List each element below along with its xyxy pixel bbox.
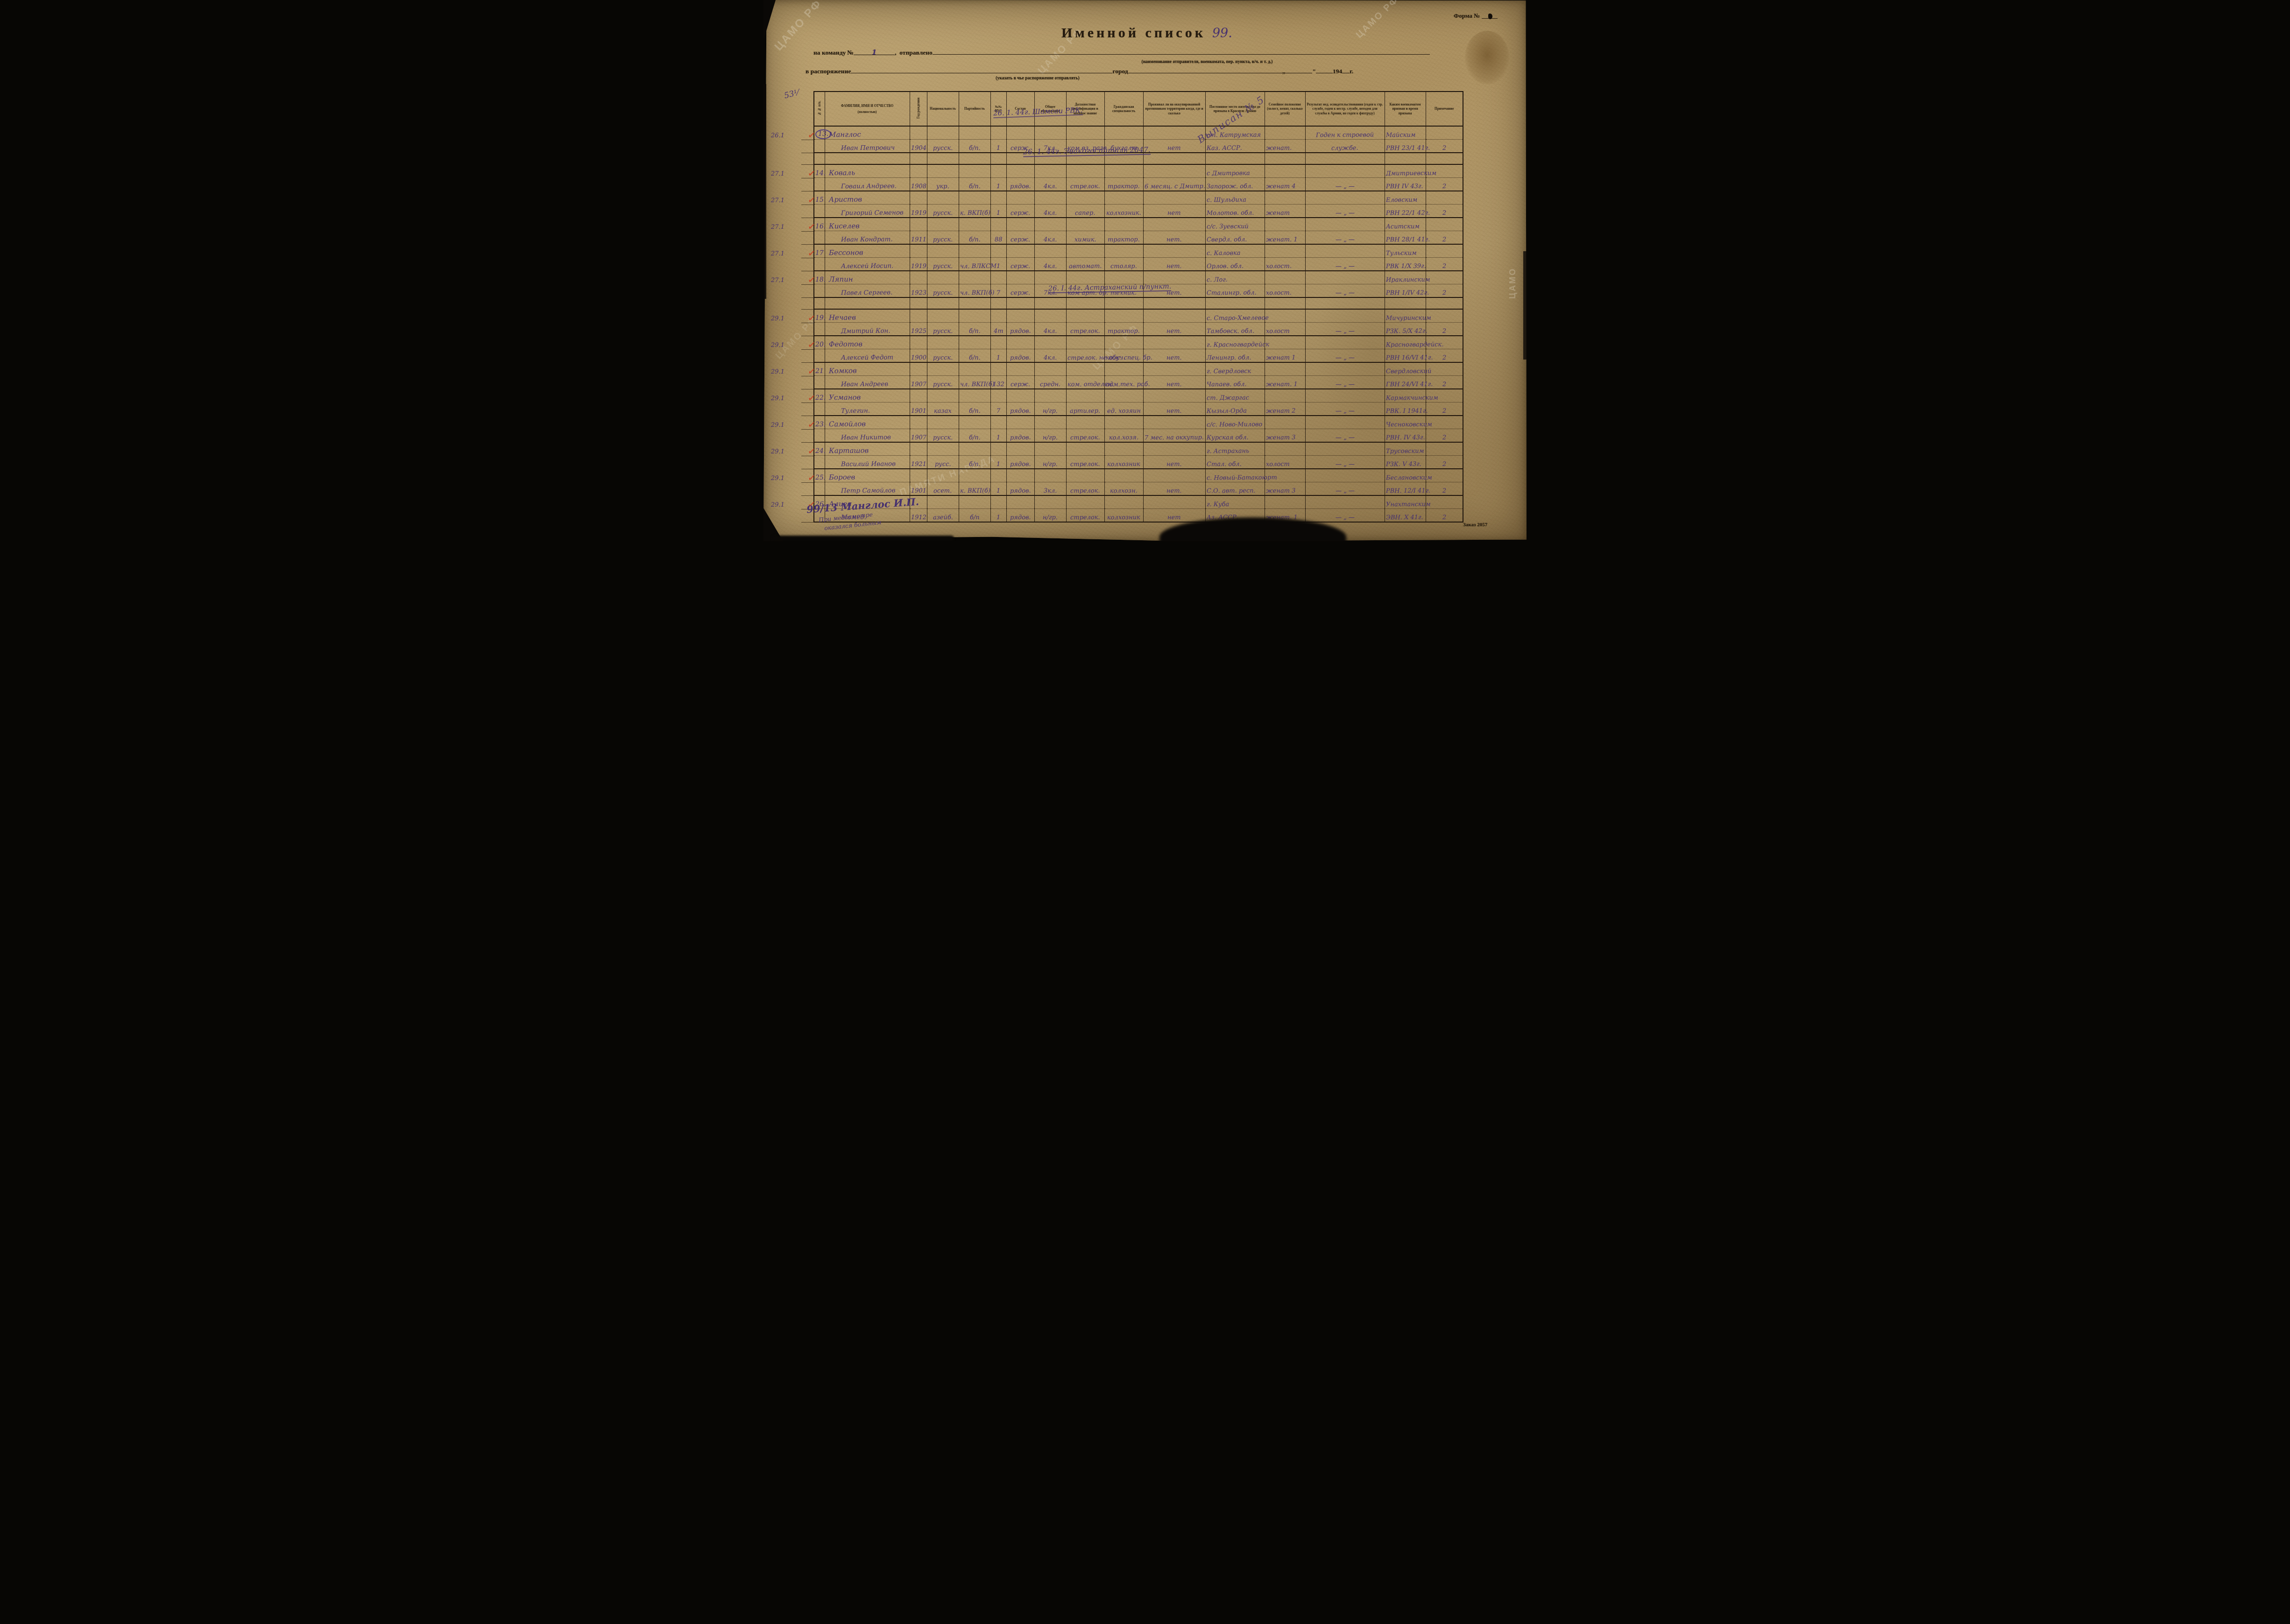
entry-date: 26.1: [771, 132, 785, 139]
military-qualification: стрелок.: [1070, 461, 1100, 468]
residence-settlement: г. Астрахань: [1206, 448, 1249, 455]
family-status: женат. 1: [1265, 236, 1297, 243]
cell: [959, 309, 990, 323]
cell: г. Астрахань: [1205, 442, 1265, 456]
cell: [1265, 164, 1305, 178]
cell: холост: [1265, 456, 1305, 469]
cell: РВК. I 1941г.: [1385, 402, 1426, 416]
cell: стрелок.: [1066, 178, 1104, 191]
residence-region: Ленингр. обл.: [1206, 354, 1251, 362]
entry-23-line2: Иван Никитов1907русск.б/п.1рядов.н/гр.ст…: [767, 429, 1463, 443]
cell: [814, 429, 825, 443]
call-up-date: РВК. I 1941г.: [1385, 408, 1428, 415]
cell: 1900: [910, 349, 927, 363]
residence-settlement: г. Куба: [1206, 501, 1229, 508]
margin-wrap: 29.1✓: [768, 421, 813, 429]
cell: трактор.: [1104, 178, 1143, 191]
cell: 24.: [814, 442, 825, 456]
cell: [990, 362, 1006, 376]
residence-settlement: с. Старо-Хмелевое: [1206, 315, 1268, 322]
entry-25-line1: 29.1✓25.Бороевс. Новый-БатакоюртБесланов…: [767, 469, 1463, 482]
cell: [1034, 495, 1066, 509]
cell: 7: [990, 402, 1006, 416]
party-status: чл. ВКП(б): [960, 289, 994, 297]
cell: [990, 271, 1006, 284]
cell: [814, 349, 825, 363]
cell: 2: [1426, 323, 1463, 336]
cell: 1: [990, 205, 1006, 218]
cell: чл. ВКП(б): [959, 284, 990, 298]
entry-20-line1: 29.1✓20.Федотовг. КрасногвардейскКрасног…: [767, 336, 1463, 349]
rank-group: рядов.: [1010, 461, 1031, 468]
cell: Говаил Андреев.: [825, 178, 910, 191]
cell: [1143, 336, 1205, 349]
cell: РВН 1/IV 42г.: [1385, 284, 1426, 298]
col-header-medical: Результат мед. освидетельствования (годе…: [1305, 92, 1385, 126]
cell: [767, 482, 814, 496]
entry-18-line1: 27.1✓18.Ляпинс. Лог.Ираклинским: [767, 271, 1463, 284]
cell: [959, 164, 990, 178]
birth-year: 1901: [911, 487, 926, 494]
cell: [1265, 297, 1305, 309]
cell: Ляпин: [825, 271, 910, 284]
cell: 1: [990, 482, 1006, 496]
cell: [814, 153, 825, 164]
call-up-date: ЭВН. X 41г.: [1385, 514, 1423, 522]
family-status: холост.: [1265, 289, 1291, 297]
cell: [1066, 244, 1104, 258]
civil-specialty: техник.: [1110, 289, 1137, 297]
cell: б/п.: [959, 402, 990, 416]
nationality: русс.: [935, 461, 951, 468]
cell: [767, 284, 814, 298]
cell: н/гр.: [1034, 429, 1066, 443]
education: 4кл.: [1044, 328, 1057, 335]
cell: [767, 297, 814, 309]
call-up-date: РВН 23/1 41г.: [1385, 145, 1429, 152]
cell: серж.: [1006, 231, 1034, 245]
cell: 27.1✓: [767, 191, 814, 205]
cell: [990, 442, 1006, 456]
residence-settlement: с. Новый-Батакоюрт: [1206, 474, 1277, 481]
cell: [814, 297, 825, 309]
scan-edge: [772, 536, 954, 541]
cell: ед. хозяин: [1104, 402, 1143, 416]
cell: [927, 126, 959, 140]
cell: 2: [1426, 258, 1463, 271]
cell: 29.1✓: [767, 336, 814, 349]
cell: РВН 16/VI 41г.: [1385, 349, 1426, 363]
cell: 26.1✓: [767, 126, 814, 140]
cell: [1426, 126, 1463, 140]
cell: [1143, 389, 1205, 402]
military-qualification: стрелок.: [1070, 487, 1100, 494]
cell: Орлов. обл.: [1205, 258, 1265, 271]
cell: г. Куба: [1205, 495, 1265, 509]
cell: нет.: [1143, 231, 1205, 245]
vus-number: 88: [995, 236, 1003, 243]
cell: [1104, 164, 1143, 178]
cell: рядов.: [1006, 349, 1034, 363]
cell: [927, 389, 959, 402]
document-title: Именной список 99.: [1061, 25, 1232, 41]
cell: стрелок. не обуч.: [1066, 349, 1104, 363]
cell: [767, 231, 814, 245]
cell: [767, 402, 814, 416]
cell: Петр Самойлов: [825, 482, 910, 496]
cell: [1034, 297, 1066, 309]
col-header-nationality: Национальность: [927, 92, 959, 126]
cell: [927, 244, 959, 258]
cell: [767, 258, 814, 271]
cell: [1143, 362, 1205, 376]
entry-23-line1: 29.1✓23.Самойловс/с. Ново-МиловоЧесноков…: [767, 416, 1463, 429]
entry-date: 29.1: [771, 421, 785, 428]
cell: [1104, 126, 1143, 140]
cell: нет.: [1143, 349, 1205, 363]
cell: 29.1✓: [767, 416, 814, 429]
cell: б/п.: [959, 231, 990, 245]
cell: [1143, 126, 1205, 140]
cell: [1006, 191, 1034, 205]
cell: 4т: [990, 323, 1006, 336]
cell: [910, 271, 927, 284]
residence-settlement: с. Лог.: [1206, 276, 1227, 283]
scan-edge: [763, 84, 766, 299]
cell: [1104, 309, 1143, 323]
cell: Сталингр. обл.: [1205, 284, 1265, 298]
nationality: русск.: [933, 289, 953, 297]
residence-settlement: с/с. Ново-Милово: [1206, 421, 1262, 429]
family-status: женат 3: [1265, 487, 1295, 494]
col-header-voenkomat: Каким военкоматом призван и время призыв…: [1385, 92, 1426, 126]
cell: сапер.: [1066, 205, 1104, 218]
scanned-document-page: ЦАМО РФ ЦАМО РФ ЦАМО РФ ЦАМО РФ ЦАМО ПАМ…: [763, 0, 1527, 541]
cell: 17: [814, 244, 825, 258]
vus-number: 132: [993, 381, 1004, 388]
cell: нет.: [1143, 482, 1205, 496]
cell: рядов.: [1006, 323, 1034, 336]
voenkomat-name: Трусовским: [1385, 448, 1424, 455]
cell: Иван Кондрат.: [825, 231, 910, 245]
military-qualification: артилер.: [1070, 408, 1100, 415]
cell: 7кл.: [1034, 140, 1066, 153]
residence-settlement: г. Красногвардейск: [1206, 341, 1269, 349]
surname: Коваль: [828, 169, 855, 177]
cell: химик.: [1066, 231, 1104, 245]
col-header-sostav: Состав: [1006, 92, 1034, 126]
call-up-date: РЗК. 5/X 42г.: [1385, 328, 1427, 335]
cell: женат 3: [1265, 429, 1305, 443]
cell: [825, 153, 910, 164]
cell: серж.: [1006, 284, 1034, 298]
note-value: 2: [1442, 145, 1446, 152]
cell: [959, 126, 990, 140]
cell: Молотов. обл.: [1205, 205, 1265, 218]
cell: 88: [990, 231, 1006, 245]
cell: 2: [1426, 429, 1463, 443]
na-komandu-label: на команду №: [813, 49, 854, 56]
entry-number: 22.: [815, 394, 826, 402]
cell: [959, 336, 990, 349]
cell: [1066, 153, 1104, 164]
occupied-territory: нет.: [1166, 236, 1182, 243]
cell: 1919: [910, 205, 927, 218]
birth-year: 1901: [911, 408, 926, 415]
cell: РЗК. 5/X 42г.: [1385, 323, 1426, 336]
cell: женат 1: [1265, 349, 1305, 363]
residence-settlement: с/с. Зуевский: [1206, 223, 1248, 231]
medical-result-line2: — „ —: [1335, 354, 1354, 361]
call-up-date: РВН IV 43г.: [1385, 183, 1423, 191]
cell: [910, 416, 927, 429]
party-status: б/п.: [969, 145, 981, 152]
cell: [927, 153, 959, 164]
cell: С.О. авт. респ.: [1205, 482, 1265, 496]
cell: чл. ВЛКСМ: [959, 258, 990, 271]
civil-specialty: кож. спец. бр.: [1105, 354, 1152, 362]
cell: [1104, 336, 1143, 349]
cell: [927, 416, 959, 429]
cell: — „ —: [1305, 376, 1385, 389]
entry-16-line2: Иван Кондрат.1911русск.б/п.88серж.4кл.хи…: [767, 231, 1463, 245]
cell: [959, 191, 990, 205]
cell: [1305, 297, 1385, 309]
medical-result-line2: — „ —: [1335, 289, 1354, 297]
cell: г. Свердловск: [1205, 362, 1265, 376]
entry-date: 29.1: [771, 501, 785, 508]
cell: [927, 164, 959, 178]
cell: русск.: [927, 284, 959, 298]
cell: [1143, 271, 1205, 284]
cell: Еловским: [1385, 191, 1426, 205]
military-qualification: стрелок.: [1070, 328, 1100, 335]
cell: [959, 416, 990, 429]
birth-year: 1919.: [911, 263, 928, 270]
cell: — „ —: [1305, 231, 1385, 245]
cell: кол.хозя.: [1104, 429, 1143, 443]
surname: Бороев: [828, 473, 855, 481]
cell: к. ВКП(б): [959, 482, 990, 496]
nationality: русск.: [933, 210, 953, 217]
cell: [1066, 271, 1104, 284]
preamble-line-1: на команду № 1 , отправлено: [813, 48, 1430, 56]
title-handwritten-number: 99.: [1212, 26, 1232, 41]
entry-date: 29.1: [771, 395, 785, 402]
cell: [927, 309, 959, 323]
cell: нет.: [1143, 284, 1205, 298]
rank-group: рядов.: [1010, 434, 1031, 441]
cell: [1143, 309, 1205, 323]
cell: [990, 218, 1006, 231]
cell: 20.: [814, 336, 825, 349]
civil-specialty: колхозник.: [1106, 210, 1141, 217]
birth-year: 1923.: [911, 289, 928, 297]
cell: [1066, 126, 1104, 140]
cell: б/п.: [959, 429, 990, 443]
cell: [1385, 153, 1426, 164]
cell: [1006, 336, 1034, 349]
rank-group: серж.: [1011, 263, 1030, 270]
cell: [1305, 244, 1385, 258]
cell: [927, 297, 959, 309]
nationality: укр.: [936, 183, 949, 190]
nationality: азейб.: [933, 514, 953, 521]
cell: Иван Андреев: [825, 376, 910, 389]
rank-group: серж.: [1011, 145, 1030, 152]
vus-number: 1: [997, 145, 1000, 152]
cell: 1923.: [910, 284, 927, 298]
rasporyazhenie-field: [851, 66, 1112, 73]
cell: 4кл.: [1034, 349, 1066, 363]
cell: Комков: [825, 362, 910, 376]
scan-edge: [1523, 251, 1527, 360]
cell: 1919.: [910, 258, 927, 271]
cell: рядов.: [1006, 429, 1034, 443]
cell: РВН 28/1 41г.: [1385, 231, 1426, 245]
cell: [814, 402, 825, 416]
cell: 27.1✓: [767, 164, 814, 178]
cell: 2: [1426, 456, 1463, 469]
cell: [1066, 297, 1104, 309]
cell: с Дмитровка: [1205, 164, 1265, 178]
spanning-note-row: [767, 153, 1463, 164]
cell: нет: [1143, 205, 1205, 218]
title-text: Именной список: [1061, 25, 1206, 41]
cell: [927, 495, 959, 509]
cell: [990, 309, 1006, 323]
cell: [767, 153, 814, 164]
residence-region: Сталингр. обл.: [1206, 289, 1256, 297]
cell: 2: [1426, 284, 1463, 298]
birth-year: 1904: [911, 145, 926, 152]
voenkomat-name: Еловским: [1385, 197, 1417, 204]
cell: женат. 1: [1265, 376, 1305, 389]
entry-date: 29.1: [771, 368, 785, 375]
residence-region: Чапаев. обл.: [1206, 381, 1246, 388]
cell: к. ВКП(б): [959, 205, 990, 218]
cell: [1104, 362, 1143, 376]
civil-specialty: колхозник: [1107, 514, 1140, 521]
cell: РВН IV 43г.: [1385, 178, 1426, 191]
cell: 1911: [910, 231, 927, 245]
cell: Кармакчинским: [1385, 389, 1426, 402]
cell: [910, 218, 927, 231]
cell: [990, 336, 1006, 349]
party-status: б/п: [970, 514, 980, 521]
entry-date: 27.1: [771, 223, 785, 230]
cell: [910, 297, 927, 309]
margin-wrap: 29.1✓: [768, 447, 813, 456]
entry-15-line1: 27.1✓15Аристовс. ШульдихаЕловским: [767, 191, 1463, 205]
cell: [1143, 297, 1205, 309]
cell: 2: [1426, 205, 1463, 218]
cell: [1265, 362, 1305, 376]
cell: [1265, 191, 1305, 205]
birth-year: 1908: [911, 183, 926, 190]
col-header-birth-year: Год рождения: [910, 92, 927, 126]
cell: [1104, 416, 1143, 429]
family-status: холост.: [1265, 263, 1291, 270]
cell: Василий Иванов: [825, 456, 910, 469]
cell: русск.: [927, 429, 959, 443]
family-status: женат.: [1265, 145, 1291, 152]
vus-number: 1: [997, 354, 1000, 361]
rank-group: рядов.: [1010, 487, 1031, 494]
cell: [1305, 389, 1385, 402]
family-status: холост: [1265, 461, 1289, 468]
rank-group: серж.: [1011, 236, 1030, 243]
cell: нет.: [1143, 402, 1205, 416]
month-field: [1316, 66, 1333, 73]
civil-specialty: колхозник: [1107, 461, 1140, 468]
cell: 27.1✓: [767, 244, 814, 258]
cell: [1104, 469, 1143, 482]
occupied-territory: нет.: [1166, 354, 1182, 361]
cell: [1006, 416, 1034, 429]
cell: 1907: [910, 429, 927, 443]
cell: русск.: [927, 231, 959, 245]
entry-17-line1: 27.1✓17Бессоновс. КаловкаТульским: [767, 244, 1463, 258]
cell: [910, 126, 927, 140]
cell: [1305, 416, 1385, 429]
cell: [1143, 218, 1205, 231]
cell: РВН. IV 43г.: [1385, 429, 1426, 443]
cell: 2: [1426, 482, 1463, 496]
cell: [1426, 153, 1463, 164]
cell: [1034, 271, 1066, 284]
rank-group: рядов.: [1010, 514, 1031, 521]
cell: г. Красногвардейск: [1205, 336, 1265, 349]
party-status: к. ВКП(б): [960, 487, 990, 494]
name-patronymic: Василий Иванов: [828, 460, 895, 468]
cell: 4кл.: [1034, 205, 1066, 218]
cell: [1006, 297, 1034, 309]
entry-22-line1: 29.1✓22.Усмановст. ДжаргасКармакчинским: [767, 389, 1463, 402]
occupied-territory: 6 месяц. с Дмитр.: [1144, 183, 1205, 191]
cell: кож. спец. бр.: [1104, 349, 1143, 363]
cell: Дмитриевским: [1385, 164, 1426, 178]
education: 7кл.: [1044, 145, 1057, 152]
year-label: 194: [1333, 68, 1342, 75]
cell: 1908: [910, 178, 927, 191]
cell: 2: [1426, 140, 1463, 153]
nationality: русск.: [933, 354, 953, 361]
cell: [1205, 297, 1265, 309]
cell: стрелок.: [1066, 323, 1104, 336]
vus-number: 1: [997, 514, 1000, 521]
entry-date: 27.1: [771, 250, 785, 257]
cell: [767, 178, 814, 191]
margin-wrap: 27.1✓: [768, 223, 813, 231]
cell: [1143, 153, 1205, 164]
surname: Манглос: [828, 130, 861, 139]
cell: азейб.: [927, 509, 959, 523]
medical-result-line2: — „ —: [1335, 263, 1354, 270]
voenkomat-name: Чесноковским: [1385, 421, 1432, 429]
name-patronymic: Иван Кондрат.: [828, 236, 892, 244]
year-field: [1342, 66, 1350, 73]
margin-wrap: 29.1✓: [768, 341, 813, 349]
rank-group: рядов.: [1010, 408, 1031, 415]
cell: Красногвардейск.: [1385, 336, 1426, 349]
entry-14-line2: Говаил Андреев.1908укр.б/п.1рядов.4кл.ст…: [767, 178, 1463, 191]
cell: 4кл.: [1034, 323, 1066, 336]
surname: Карташов: [828, 446, 868, 455]
cell: с. Шульдиха: [1205, 191, 1265, 205]
cell: колхозник: [1104, 509, 1143, 523]
rank-group: рядов.: [1010, 328, 1031, 335]
